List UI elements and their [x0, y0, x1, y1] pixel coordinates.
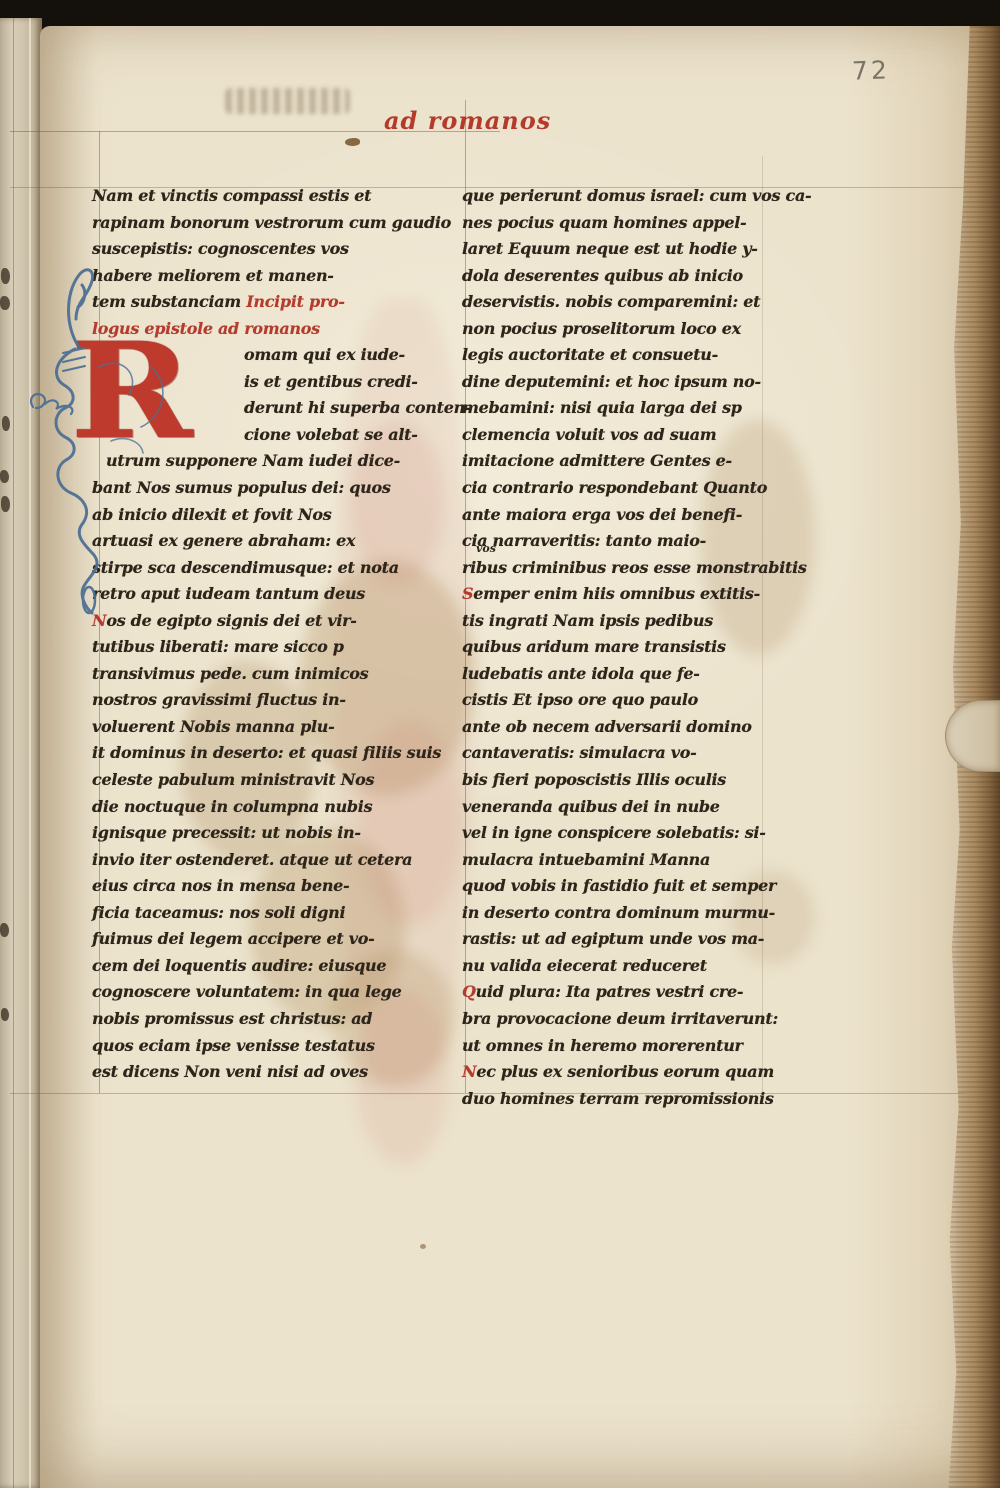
- manuscript-text-line: voluerent Nobis manna plu-: [92, 714, 444, 741]
- manuscript-text-line: nobis promissus est christus: ad: [92, 1006, 444, 1033]
- manuscript-text-line: Semper enim hiis omnibus extitis-: [462, 581, 810, 608]
- manuscript-text-line: ficia taceamus: nos soli digni: [92, 900, 444, 927]
- manuscript-text-line: ante maiora erga vos dei benefi-: [462, 502, 810, 529]
- manuscript-text-line: cistis Et ipso ore quo paulo: [462, 687, 810, 714]
- manuscript-text-line: tutibus liberati: mare sicco p: [92, 634, 444, 661]
- ink-speck: [345, 138, 360, 146]
- manuscript-text-line: quibus aridum mare transistis: [462, 634, 810, 661]
- gutter-edge: [0, 18, 42, 1488]
- manuscript-text-line: artuasi ex genere abraham: ex: [92, 528, 444, 555]
- facing-page-text-fragment: [1, 1008, 9, 1021]
- manuscript-text-line: Nos de egipto signis dei et vir-: [92, 608, 444, 635]
- facing-page-text-fragment: [2, 416, 10, 431]
- facing-page-text-fragment: [0, 923, 9, 937]
- manuscript-text-line: rastis: ut ad egiptum unde vos ma-: [462, 926, 810, 953]
- manuscript-text-line: in deserto contra dominum murmu-: [462, 900, 810, 927]
- manuscript-text-line: nes pocius quam homines appel-: [462, 210, 810, 237]
- manuscript-text-line: imitacione admittere Gentes e-: [462, 448, 810, 475]
- manuscript-text-line: cognoscere voluntatem: in qua lege: [92, 979, 444, 1006]
- manuscript-text-line: laret Equum neque est ut hodie y-: [462, 236, 810, 263]
- manuscript-text-line: ribus criminibus reos esse monstrabitis: [462, 555, 810, 582]
- manuscript-text-line: tis ingrati Nam ipsis pedibus: [462, 608, 810, 635]
- manuscript-text-line: nostros gravissimi fluctus in-: [92, 687, 444, 714]
- manuscript-text-line: nu valida eiecerat reduceret: [462, 953, 810, 980]
- manuscript-text-line: dola deserentes quibus ab inicio: [462, 263, 810, 290]
- facing-page-text-fragment: [0, 470, 9, 483]
- manuscript-photo: 72 ad romanos R Nam et vinctis compassi …: [0, 0, 1000, 1488]
- manuscript-text-line: ab inicio dilexit et fovit Nos: [92, 502, 444, 529]
- interlinear-gloss: vos: [476, 542, 496, 555]
- running-header: ad romanos: [384, 106, 551, 135]
- manuscript-text-line: Nec plus ex senioribus eorum quam: [462, 1059, 810, 1086]
- manuscript-text-line: eius circa nos in mensa bene-: [92, 873, 444, 900]
- manuscript-text-line: cia contrario respondebant Quanto: [462, 475, 810, 502]
- manuscript-text-line: fuimus dei legem accipere et vo-: [92, 926, 444, 953]
- manuscript-text-line: cia narraveritis: tanto maio-: [462, 528, 810, 555]
- manuscript-page: 72 ad romanos R Nam et vinctis compassi …: [40, 26, 1000, 1488]
- manuscript-text-line: bra provocacione deum irritaverunt:: [462, 1006, 810, 1033]
- manuscript-text-line: vel in igne conspicere solebatis: si-: [462, 820, 810, 847]
- facing-page-text-fragment: [0, 296, 10, 310]
- manuscript-text-line: Quid plura: Ita patres vestri cre-: [462, 979, 810, 1006]
- manuscript-text-line: rapinam bonorum vestrorum cum gaudio: [92, 210, 444, 237]
- drop-cap-initial: R: [70, 326, 193, 458]
- manuscript-text-line: bis fieri poposcistis Illis oculis: [462, 767, 810, 794]
- manuscript-text-line: ante ob necem adversarii domino: [462, 714, 810, 741]
- manuscript-text-line: bant Nos sumus populus dei: quos: [92, 475, 444, 502]
- manuscript-text-line: mebamini: nisi quia larga dei sp: [462, 395, 810, 422]
- manuscript-text-line: deservistis. nobis comparemini: et: [462, 289, 810, 316]
- manuscript-text-line: habere meliorem et manen-: [92, 263, 444, 290]
- manuscript-text-line: dine deputemini: et hoc ipsum no-: [462, 369, 810, 396]
- manuscript-text-line: cem dei loquentis audire: eiusque: [92, 953, 444, 980]
- manuscript-text-line: clemencia voluit vos ad suam: [462, 422, 810, 449]
- manuscript-text-line: ut omnes in heremo morerentur: [462, 1033, 810, 1060]
- manuscript-text-line: quod vobis in fastidio fuit et semper: [462, 873, 810, 900]
- manuscript-text-line: ignisque precessit: ut nobis in-: [92, 820, 444, 847]
- bookmark-tab: [945, 700, 1000, 772]
- manuscript-text-line: legis auctoritate et consuetu-: [462, 342, 810, 369]
- text-column-right: que perierunt domus israel: cum vos ca-n…: [462, 183, 810, 1112]
- manuscript-text-line: est dicens Non veni nisi ad oves: [92, 1059, 444, 1086]
- manuscript-text-line: retro aput iudeam tantum deus: [92, 581, 444, 608]
- manuscript-text-line: suscepistis: cognoscentes vos: [92, 236, 444, 263]
- manuscript-text-line: cantaveratis: simulacra vo-: [462, 740, 810, 767]
- manuscript-text-line: que perierunt domus israel: cum vos ca-: [462, 183, 810, 210]
- manuscript-text-line: die noctuque in columpna nubis: [92, 794, 444, 821]
- header-show-through: [225, 88, 350, 114]
- manuscript-text-line: stirpe sca descendimusque: et nota: [92, 555, 444, 582]
- folio-number: 72: [852, 55, 891, 85]
- facing-page-text-fragment: [1, 496, 10, 512]
- manuscript-text-line: ludebatis ante idola que fe-: [462, 661, 810, 688]
- manuscript-text-line: non pocius proselitorum loco ex: [462, 316, 810, 343]
- manuscript-text-line: invio iter ostenderet. atque ut cetera: [92, 847, 444, 874]
- ink-speck: [420, 1244, 426, 1249]
- manuscript-text-line: tem substanciam Incipit pro-: [92, 289, 444, 316]
- manuscript-text-line: Nam et vinctis compassi estis et: [92, 183, 444, 210]
- manuscript-text-line: celeste pabulum ministravit Nos: [92, 767, 444, 794]
- manuscript-text-line: mulacra intuebamini Manna: [462, 847, 810, 874]
- manuscript-text-line: duo homines terram repromissionis: [462, 1086, 810, 1113]
- manuscript-text-line: transivimus pede. cum inimicos: [92, 661, 444, 688]
- manuscript-text-line: veneranda quibus dei in nube: [462, 794, 810, 821]
- manuscript-text-line: quos eciam ipse venisse testatus: [92, 1033, 444, 1060]
- facing-page-text-fragment: [1, 268, 10, 284]
- manuscript-text-line: it dominus in deserto: et quasi filiis s…: [92, 740, 444, 767]
